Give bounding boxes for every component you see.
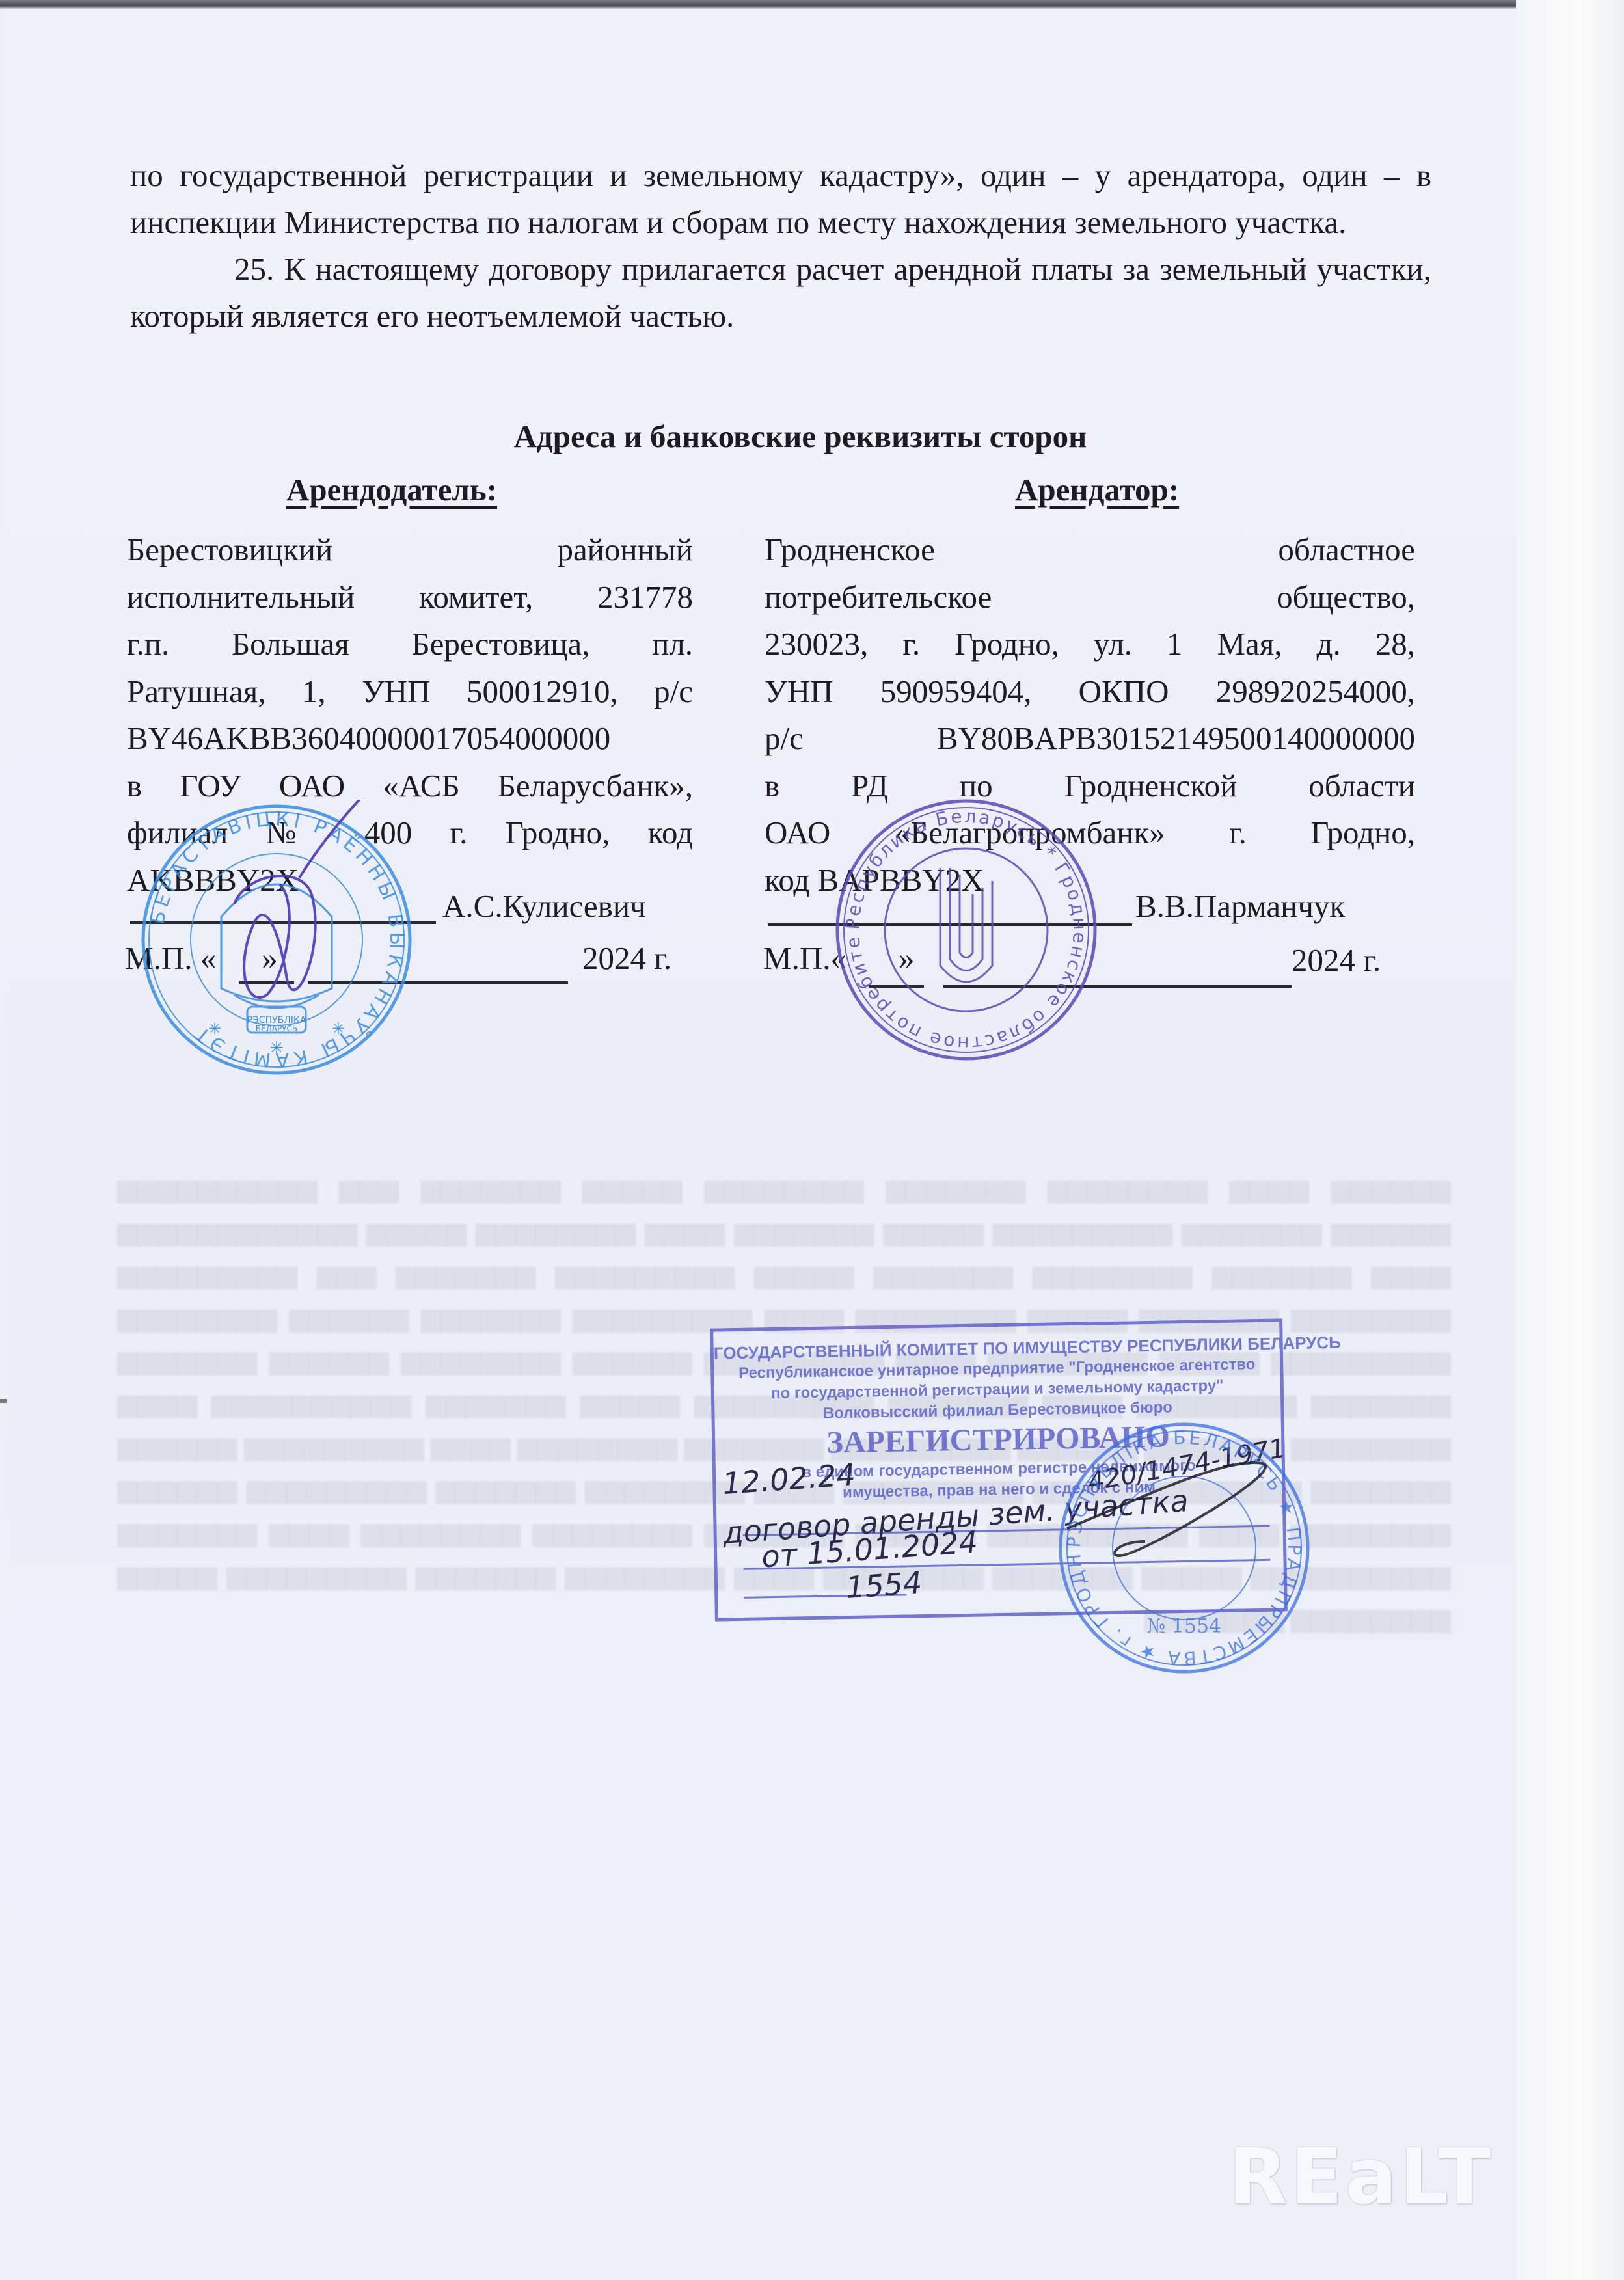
section-heading: Адреса и банковские реквизиты сторон	[0, 418, 1612, 455]
scan-edge-top	[0, 0, 1516, 9]
svg-text:✳: ✳	[269, 1038, 284, 1057]
lessor-signatory: А.С.Кулисевич	[442, 888, 646, 925]
lessee-signatory: В.В.Парманчук	[1135, 888, 1345, 925]
registrar-stamp: РЭСПУБЛІКА БЕЛАРУСЬ ★ ПРАДПРЫЕМСТВА ★ г.…	[1054, 1418, 1314, 1678]
lessor-line: Берестовицкий районный	[127, 526, 693, 574]
lessee-line: р/с BY80BAPB30152149500140000000	[765, 715, 1415, 763]
lessee-line: 230023, г. Гродно, ул. 1 Мая, д. 28,	[765, 621, 1415, 668]
lessor-line: г.п. Большая Берестовица, пл.	[127, 621, 693, 668]
reg-handwritten-text: 1554	[845, 1565, 923, 1605]
lessor-line: исполнительный комитет, 231778	[127, 574, 693, 621]
lessee-line: УНП 590959404, ОКПО 298920254000,	[765, 668, 1415, 716]
lessor-line: BY46AKBB36040000017054000000	[127, 715, 693, 763]
lessee-line: потребительское общество,	[765, 574, 1415, 621]
lessee-title: Арендатор:	[1015, 471, 1179, 508]
lessor-line: Ратушная, 1, УНП 500012910, р/с	[127, 668, 693, 716]
scan-edge-right	[1517, 0, 1624, 2280]
document-page: ▆▆▆▆▆▆ ▆▆▆▆ ▆▆▆▆▆▆▆▆ ▆▆▆▆▆▆▆ ▆▆▆▆▆▆▆▆ ▆▆…	[7, 9, 1516, 2280]
clause-25: 25. К настоящему договору прилагается ра…	[130, 246, 1431, 340]
svg-text:✳: ✳	[208, 1021, 221, 1038]
svg-text:✳: ✳	[332, 1021, 345, 1038]
registrar-stamp-number: № 1554	[1147, 1615, 1221, 1638]
realt-watermark: REaLT	[1228, 2132, 1493, 2221]
svg-text:БЕЛАРУСЬ: БЕЛАРУСЬ	[256, 1024, 297, 1033]
lessor-stamp: БЕРАСТАВІЦКІ РАЁННЫ ВЫКАНАЎЧЫ КАМІТЭТ РЭ…	[137, 800, 416, 1079]
lessor-title: Арендодатель:	[286, 471, 497, 508]
lessee-stamp: Республика Беларусь * Гродненское област…	[833, 796, 1100, 1063]
continuation-paragraph: по государственной регистрации и земельн…	[130, 152, 1431, 246]
lessor-year: 2024 г.	[582, 940, 671, 977]
continuation-paragraph-block: по государственной регистрации и земельн…	[130, 152, 1431, 340]
lessee-line: Гродненское областное	[765, 526, 1415, 574]
lessee-year: 2024 г.	[1292, 942, 1381, 979]
